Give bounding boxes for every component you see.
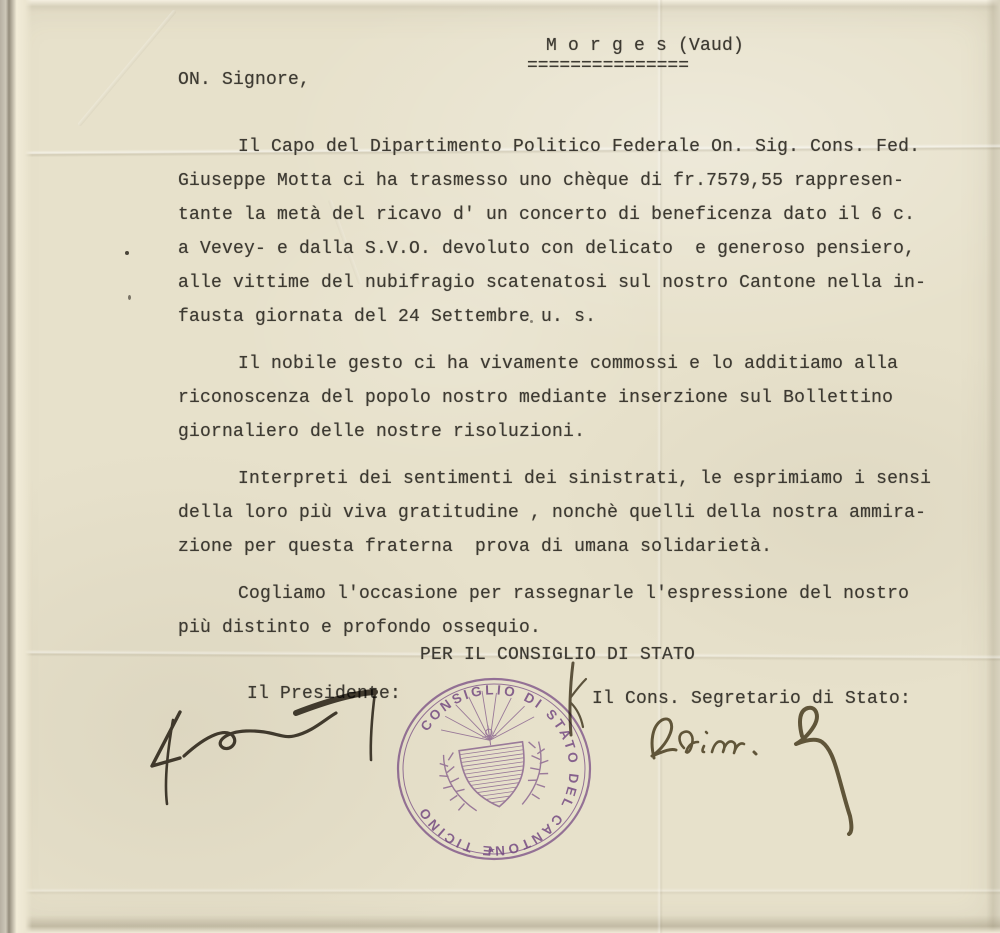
- body-line: giornaliero delle nostre risoluzioni.: [178, 415, 968, 449]
- salutation: ON. Signore,: [178, 70, 310, 90]
- body-line: a Vevey- e dalla S.V.O. devoluto con del…: [178, 232, 968, 266]
- body-line: Il Capo del Dipartimento Politico Federa…: [178, 130, 968, 164]
- body-line: Giuseppe Motta ci ha trasmesso uno chèqu…: [178, 164, 968, 198]
- stamp-laurel-right: [514, 740, 554, 805]
- letter-body: Il Capo del Dipartimento Politico Federa…: [178, 130, 968, 658]
- paper-edge-left: [0, 0, 32, 933]
- body-line: riconoscenza del popolo nostro mediante …: [178, 381, 968, 415]
- paragraph: Il nobile gesto ci ha vivamente commossi…: [178, 347, 968, 449]
- paragraph: Cogliamo l'occasione per rassegnarle l'e…: [178, 577, 968, 645]
- body-line: più distinto e profondo ossequio.: [178, 611, 968, 645]
- place-heading: M o r g e s (Vaud): [546, 36, 744, 56]
- stamp-star: ★: [488, 843, 495, 857]
- body-line: fausta giornata del 24 Settembre u. s.: [178, 300, 968, 334]
- letter-page: M o r g e s (Vaud) =============== ON. S…: [0, 0, 1000, 933]
- president-signature: [80, 670, 410, 840]
- stamp-laurel-left: [436, 750, 476, 815]
- ink-speck: [128, 295, 131, 300]
- body-line: alle vittime del nubifragio scatenatosi …: [178, 266, 968, 300]
- fold-crease-horizontal: [0, 888, 1000, 895]
- body-line: tante la metà del ricavo d' un concerto …: [178, 198, 968, 232]
- body-line: Il nobile gesto ci ha vivamente commossi…: [178, 347, 968, 381]
- ink-speck: [125, 251, 129, 255]
- body-line: Interpreti dei sentimenti dei sinistrati…: [178, 462, 968, 496]
- secretary-signature: [630, 700, 890, 850]
- fold-crease-diagonal: [77, 9, 176, 126]
- body-line: Cogliamo l'occasione per rassegnarle l'e…: [178, 577, 968, 611]
- place-heading-underline: ===============: [527, 56, 689, 76]
- ink-speck: [530, 320, 533, 323]
- paper-edge-bottom: [0, 915, 1000, 933]
- paragraph: Interpreti dei sentimenti dei sinistrati…: [178, 462, 968, 564]
- paper-edge-top: [0, 0, 1000, 12]
- body-line: zione per questa fraterna prova di umana…: [178, 530, 968, 564]
- paper-edge-right: [986, 0, 1000, 933]
- paragraph: Il Capo del Dipartimento Politico Federa…: [178, 130, 968, 334]
- ink-mark: [558, 655, 598, 745]
- body-line: della loro più viva gratitudine , nonchè…: [178, 496, 968, 530]
